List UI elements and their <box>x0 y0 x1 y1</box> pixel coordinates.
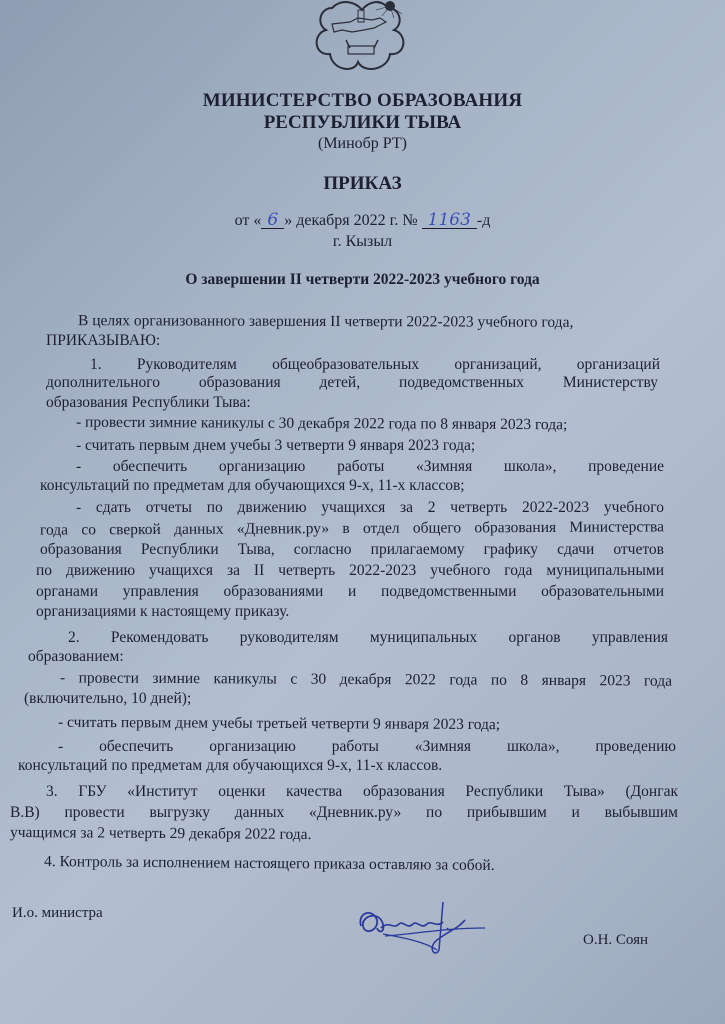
signatory-name: О.Н. Соян <box>583 932 648 949</box>
body-line: (включительно, 10 дней); <box>24 690 191 708</box>
body-line: - сдать отчеты по движению учащихся за 2… <box>76 499 664 517</box>
body-line: 4. Контроль за исполнением настоящего пр… <box>44 853 495 875</box>
body-line: 1. Руководителям общеобразовательных орг… <box>90 356 660 374</box>
body-line: - провести зимние каникулы с 30 декабря … <box>60 669 672 690</box>
body-line: дополнительного образования детей, подве… <box>46 374 658 392</box>
body-line: года со сверкой данных «Дневник.ру» в от… <box>40 518 664 539</box>
ministry-name-line2: РЕСПУБЛИКИ ТЫВА <box>0 112 725 134</box>
date-day-handwritten: 6 <box>261 212 284 229</box>
body-line: - обеспечить организацию работы «Зимняя … <box>76 458 664 476</box>
body-line: - провести зимние каникулы с 30 декабря … <box>76 414 567 435</box>
body-line: ПРИКАЗЫВАЮ: <box>46 332 160 350</box>
signatory-position: И.о. министра <box>12 905 103 922</box>
ministry-short-name: (Минобр РТ) <box>0 134 725 154</box>
date-prefix: от « <box>235 212 262 229</box>
body-line: по движению учащихся за II четверть 2022… <box>36 562 664 580</box>
body-line: - считать первым днем учебы третьей четв… <box>58 714 500 734</box>
body-line: образования Республики Тыва, согласно пр… <box>40 541 664 559</box>
body-line: образования Республики Тыва: <box>46 394 251 412</box>
body-line: организациями к настоящему приказу. <box>36 603 289 621</box>
order-title: О завершении II четверти 2022-2023 учебн… <box>0 271 725 289</box>
body-line: - считать первым днем учебы 3 четверти 9… <box>76 437 475 455</box>
date-suffix: » декабря 2022 г. № <box>284 212 417 229</box>
handwritten-signature <box>355 898 495 970</box>
body-line: - обеспечить организацию работы «Зимняя … <box>58 738 676 756</box>
order-number-suffix: -д <box>477 212 490 229</box>
document-page: МИНИСТЕРСТВО ОБРАЗОВАНИЯ РЕСПУБЛИКИ ТЫВА… <box>0 0 725 1024</box>
body-line: консультаций по предметам для обучающихс… <box>18 757 442 775</box>
order-city: г. Кызыл <box>0 233 725 251</box>
body-line: консультаций по предметам для обучающихс… <box>40 477 465 495</box>
order-date-line: от «6» декабря 2022 г. № 1163-д <box>0 212 725 230</box>
document-type: ПРИКАЗ <box>0 173 725 195</box>
body-line: учащимся за 2 четверть 29 декабря 2022 г… <box>10 824 312 844</box>
order-number-handwritten: 1163 <box>422 212 477 229</box>
body-line: образованием: <box>28 648 124 666</box>
body-line: органами управления образованиями и подв… <box>36 583 664 601</box>
body-line: 3. ГБУ «Институт оценки качества образов… <box>46 783 678 801</box>
ministry-name-line1: МИНИСТЕРСТВО ОБРАЗОВАНИЯ <box>0 90 725 112</box>
tuva-coat-of-arms-icon <box>302 0 422 74</box>
body-line: В целях организованного завершения II че… <box>78 312 573 332</box>
body-line: 2. Рекомендовать руководителям муниципал… <box>68 629 668 647</box>
body-line: В.В) провести выгрузку данных «Дневник.р… <box>10 804 678 822</box>
